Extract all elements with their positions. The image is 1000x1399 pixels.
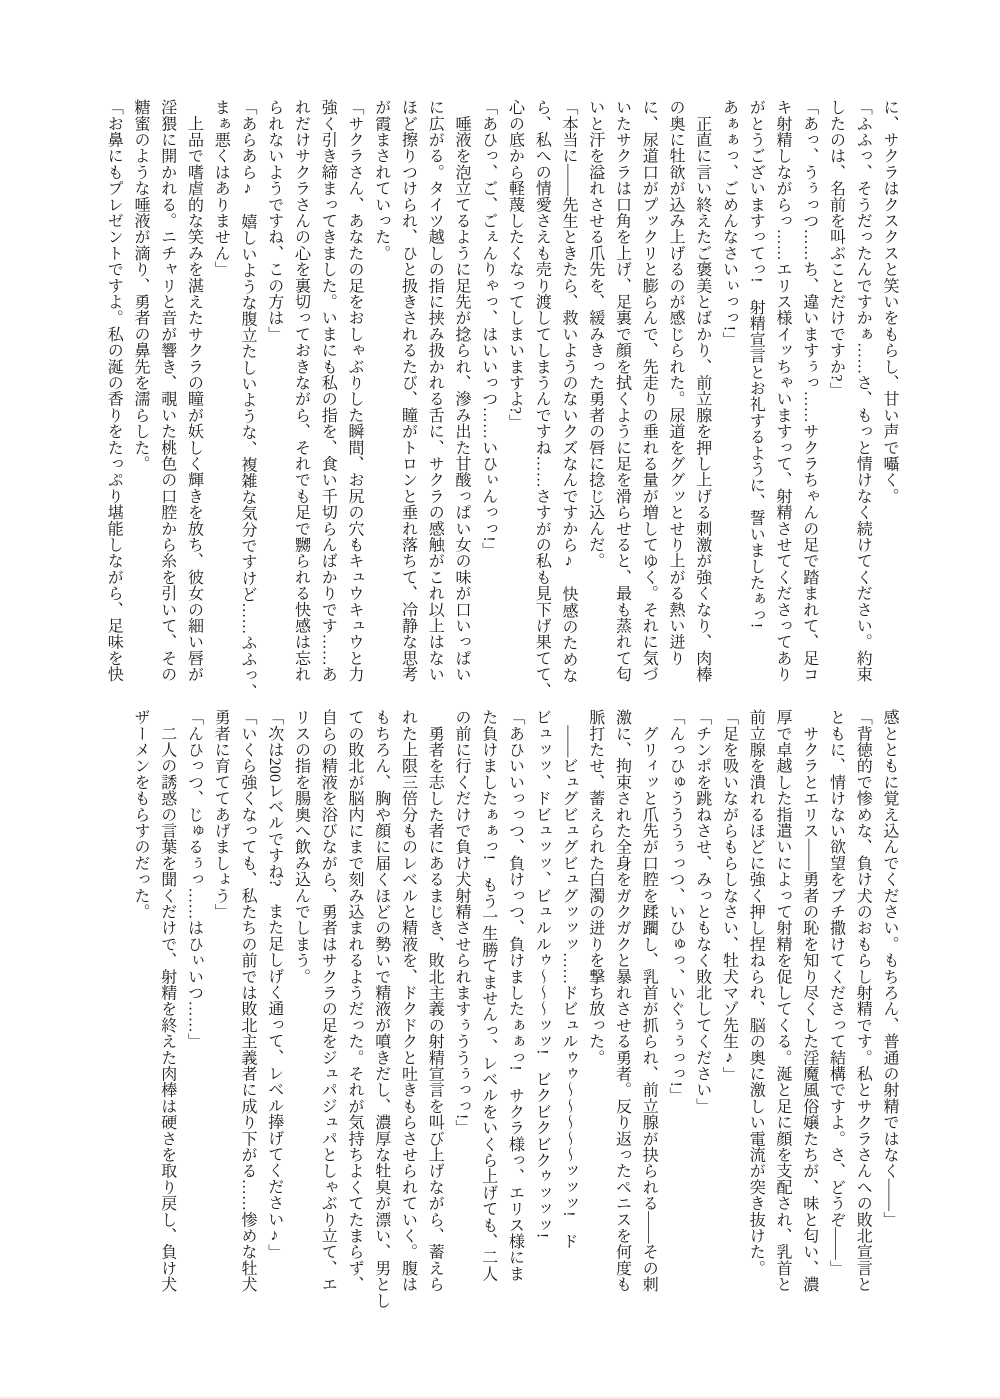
text-line: 前立腺を潰れるほどに強く押し捏ねられ、脳の奥に激しい電流が突き抜けた。 bbox=[742, 709, 769, 1313]
text-line: キ射精しながらっ……エリス様イッちゃいますって、射精させてくださってあり bbox=[768, 99, 795, 703]
text-block-upper: に、サクラはクスクスと笑いをもらし、甘い声で囁く。「ふふっ、そうだったんですかぁ… bbox=[96, 99, 902, 703]
text-line: 激に、拘束された全身をガクガクと暴れさせる勇者。反り返ったペニスを何度も bbox=[608, 709, 635, 1313]
text-line: が霞まされていった。 bbox=[367, 99, 394, 703]
text-line: 心の底から軽蔑したくなってしまいますよ?」 bbox=[501, 99, 528, 703]
text-line: 糖蜜のような唾液が滴り、勇者の鼻先を濡らした。 bbox=[126, 99, 153, 703]
text-line: 「あひっ、ご、ごぇんりゃっ、はいいっつ……いひぃんっっ!」 bbox=[474, 99, 501, 703]
text-line: ――ビュグビュグビュグッッッ……ドビュルゥゥ〜〜〜〜〜ッッッ! ド bbox=[554, 709, 581, 1313]
text-line: れた上限三倍分ものレベルと精液を、ドクドクと吐きもらさせられていく。腹は bbox=[394, 709, 421, 1313]
text-line: ともに、情けない欲望をブチ撒けてくださって結構ですよ。さ、どうぞ――」 bbox=[822, 709, 849, 1313]
text-line: まぁ悪くはありません」 bbox=[207, 99, 234, 703]
text-line: ザーメンをもらすのだった。 bbox=[126, 709, 153, 1313]
text-line: 「あっ、うぅっつ……ち、違いますぅっ……サクラちゃんの足で踏まれて、足コ bbox=[795, 99, 822, 703]
text-line: 「サクラさん、あなたの足をおしゃぶりした瞬間、お尻の穴もキュウキュウと力 bbox=[340, 99, 367, 703]
text-line: 脈打たせ、蓄えられた白濁の迸りを撃ち放った。 bbox=[581, 709, 608, 1313]
text-line: 「お鼻にもプレゼントですよ。私の涎の香りをたっぷり堪能しながら、足味を快 bbox=[100, 99, 127, 703]
text-line: ビュッッ、ドビュッッ、ビュルルゥ〜〜〜ッッ! ビクビクビクゥッッッ! bbox=[528, 709, 555, 1313]
text-line: 上品で嗜虐的な笑みを湛えたサクラの瞳が妖しく輝きを放ち、彼女の細い唇が bbox=[180, 99, 207, 703]
text-line: 「本当に――先生ときたら、救いようのないクズなんですから♪ 快感のためな bbox=[554, 99, 581, 703]
text-line: ほど擦りつけられ、ひと扱きされるたび、瞳がトロンと垂れ落ちて、冷静な思考 bbox=[394, 99, 421, 703]
text-line: したのは、名前を叫ぶことだけですか?」 bbox=[822, 99, 849, 703]
text-line: られないようですね、この方は」 bbox=[260, 99, 287, 703]
text-line: 「んっひゅうううぅっつ、いひゅっ、いぐぅぅっっ!」 bbox=[661, 709, 688, 1313]
text-block-lower: 感とともに覚え込んでください。もちろん、普通の射精ではなく――」「背徳的で惨めな… bbox=[96, 709, 902, 1313]
text-line: 感とともに覚え込んでください。もちろん、普通の射精ではなく――」 bbox=[875, 709, 902, 1313]
text-line: 「背徳的で惨めな、負け犬のおもらし射精です。私とサクラさんへの敗北宣言と bbox=[849, 709, 876, 1313]
text-line: グリィッと爪先が口腔を蹂躙し、乳首が抓られ、前立腺が抉られる――その刺 bbox=[635, 709, 662, 1313]
text-line: サクラとエリス――勇者の恥を知り尽くした淫魔風俗嬢たちが、味と匂い、濃 bbox=[795, 709, 822, 1313]
text-line: に、尿道口がプックリと膨らんで、先走りの垂れる量が増してゆく。それに気づ bbox=[635, 99, 662, 703]
text-line: 「チンポを跳ねさせ、みっともなく敗北してください」 bbox=[688, 709, 715, 1313]
text-line: いたサクラは口角を上げ、足裏で顔を拭くように足を滑らせると、最も蒸れて匂 bbox=[608, 99, 635, 703]
text-line: 「あらあら♪ 嬉しいような腹立たしいような、複雑な気分ですけど……ふふっ、 bbox=[233, 99, 260, 703]
text-line: 「いくら強くなっても、私たちの前では敗北主義者に成り下がる……惨めな牡犬 bbox=[233, 709, 260, 1313]
text-line: 強く引き締まってきました。いまにも私の指を、食い千切らんばかりです……あ bbox=[314, 99, 341, 703]
text-line: 勇者に育ててあげましょう」 bbox=[207, 709, 234, 1313]
text-line: 「ふふっ、そうだったんですかぁ……さ、もっと情けなく続けてください。約束 bbox=[849, 99, 876, 703]
text-line: もちろん、胸や顔に届くほどの勢いで精液が噴きだし、濃厚な牡臭が漂い、男とし bbox=[367, 709, 394, 1313]
text-line: ら、私への情愛さえも売り渡してしまうんですね……さすがの私も見下げ果てて、 bbox=[528, 99, 555, 703]
text-line: 「あひいいっっつ、負けっつ、負けましたぁぁっ! サクラ様っ、エリス様にま bbox=[501, 709, 528, 1313]
text-line: 淫猥に開かれる。ニチャリと音が響き、覗いた桃色の口腔から糸を引いて、その bbox=[153, 99, 180, 703]
text-line: リスの指を腸奥へ飲み込んでしまう。 bbox=[287, 709, 314, 1313]
document-page: に、サクラはクスクスと笑いをもらし、甘い声で囁く。「ふふっ、そうだったんですかぁ… bbox=[0, 0, 1000, 1399]
text-line: の前に行くだけで負け犬射精させられますぅううぅっっ!」 bbox=[447, 709, 474, 1313]
text-line: 正直に言い終えたご褒美とばかり、前立腺を押し上げる刺激が強くなり、肉棒 bbox=[688, 99, 715, 703]
text-line: れだけサクラさんの心を裏切っておきながら、それでも足で嬲られる快感は忘れ bbox=[287, 99, 314, 703]
text-line: 「んひっつ、じゅるぅっ……はひぃいつ……」 bbox=[180, 709, 207, 1313]
text-line: に、サクラはクスクスと笑いをもらし、甘い声で囁く。 bbox=[875, 99, 902, 703]
text-line: あぁぁっ、ごめんなさいぃっっ!」 bbox=[715, 99, 742, 703]
text-line: 「足を吸いながらもらしなさい、牡犬マゾ先生♪」 bbox=[715, 709, 742, 1313]
text-line: がとうございますってっ! 射精宣言とお礼するように、誓いましたぁっ! bbox=[742, 99, 769, 703]
text-line: 唾液を泡立てるように足先が捻られ、滲み出た甘酸っぱい女の味が口いっぱい bbox=[447, 99, 474, 703]
text-line: 勇者を志した者にあるまじき、敗北主義の射精宣言を叫び上げながら、蓄えら bbox=[421, 709, 448, 1313]
text-line: 二人の誘惑の言葉を聞くだけで、射精を終えた肉棒は硬さを取り戻し、負け犬 bbox=[153, 709, 180, 1313]
text-line: に広がる。タイツ越しの指に挟み扱かれる舌に、サクラの感触がこれ以上はない bbox=[421, 99, 448, 703]
text-line: た負けましたぁぁっ! もう一生勝てませんっ、レベルをいくら上げても、二人 bbox=[474, 709, 501, 1313]
text-line: 自らの精液を浴びながら、勇者はサクラの足をジュパジュパとしゃぶり立て、エ bbox=[314, 709, 341, 1313]
text-line: いと汗を溢れさせる爪先を、緩みきった勇者の唇に捻じ込んだ。 bbox=[581, 99, 608, 703]
text-line: ての敗北が脳内にまで刻み込まれるようだった。それが気持ちよくてたまらず、 bbox=[340, 709, 367, 1313]
text-line: 「次は200レベルですね? また足しげく通って、レベル捧げてください♪」 bbox=[260, 709, 287, 1313]
text-line: の奥に牡欲が込み上げるのが感じられた。尿道をググッとせり上がる熱い迸り bbox=[661, 99, 688, 703]
text-line: 厚で卓越した指遣いによって射精を促してくる。涎と足に顔を支配され、乳首と bbox=[768, 709, 795, 1313]
